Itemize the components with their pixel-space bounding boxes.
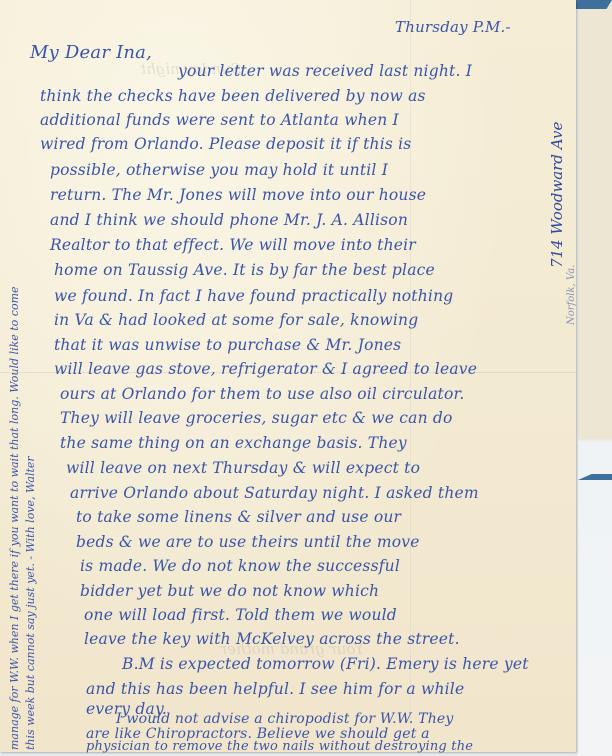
letter-page: Sunday night Your grand mother Thursday …	[0, 0, 576, 752]
letter-line: ours at Orlando for them to use also oil…	[60, 387, 465, 403]
letter-line: that it was unwise to purchase & Mr. Jon…	[54, 338, 401, 354]
letter-line: Realtor to that effect. We will move int…	[50, 238, 416, 254]
left-margin-note: manage for W.W. when I get there if you …	[0, 0, 50, 752]
letter-line: and I think we should phone Mr. J. A. Al…	[50, 213, 408, 229]
letter-line: one will load first. Told them we would	[84, 608, 397, 624]
letter-line: and this has been helpful. I see him for…	[86, 682, 464, 698]
letter-line: leave the key with McKelvey across the s…	[84, 632, 460, 648]
letter-line: beds & we are to use theirs until the mo…	[76, 535, 420, 551]
letter-line: your letter was received last night. I	[178, 64, 472, 80]
envelope-backing	[578, 0, 612, 756]
letter-line: B.M is expected tomorrow (Fri). Emery is…	[122, 657, 529, 673]
letter-line: bidder yet but we do not know which	[80, 584, 379, 600]
letter-line: possible, otherwise you may hold it unti…	[50, 163, 388, 179]
margin-note-outer: manage for W.W. when I get there if you …	[8, 286, 21, 750]
letter-line: return. The Mr. Jones will move into our…	[50, 188, 426, 204]
return-address: 714 Woodward Ave	[548, 122, 566, 268]
letter-line: additional funds were sent to Atlanta wh…	[40, 113, 399, 129]
letter-line: arrive Orlando about Saturday night. I a…	[70, 486, 479, 502]
letter-line: will leave on next Thursday & will expec…	[66, 461, 420, 477]
letter-dateline: Thursday P.M.-	[395, 18, 511, 36]
letter-line: think the checks have been delivered by …	[40, 89, 426, 105]
letter-line: to take some linens & silver and use our	[76, 510, 401, 526]
letter-line: They will leave groceries, sugar etc & w…	[60, 411, 453, 427]
letter-line: is made. We do not know the successful	[80, 559, 400, 575]
letter-line: in Va & had looked at some for sale, kno…	[54, 313, 418, 329]
return-address-city: Norfolk, Va.	[566, 265, 577, 325]
envelope-airmail-stripe-top	[575, 0, 612, 9]
letter-line: wired from Orlando. Please deposit it if…	[40, 137, 411, 153]
letter-line: home on Taussig Ave. It is by far the be…	[54, 263, 435, 279]
scan-canvas: Sunday night Your grand mother Thursday …	[0, 0, 612, 756]
letter-line: physician to remove the two nails withou…	[86, 740, 473, 753]
letter-line: we found. In fact I have found practical…	[54, 289, 453, 305]
letter-line: will leave gas stove, refrigerator & I a…	[54, 362, 477, 378]
letter-line: the same thing on an exchange basis. The…	[60, 436, 407, 452]
letter-line: I would not advise a chiropodist for W.W…	[116, 712, 454, 726]
margin-note-inner: this week but cannot say just yet. - Wit…	[24, 456, 37, 750]
